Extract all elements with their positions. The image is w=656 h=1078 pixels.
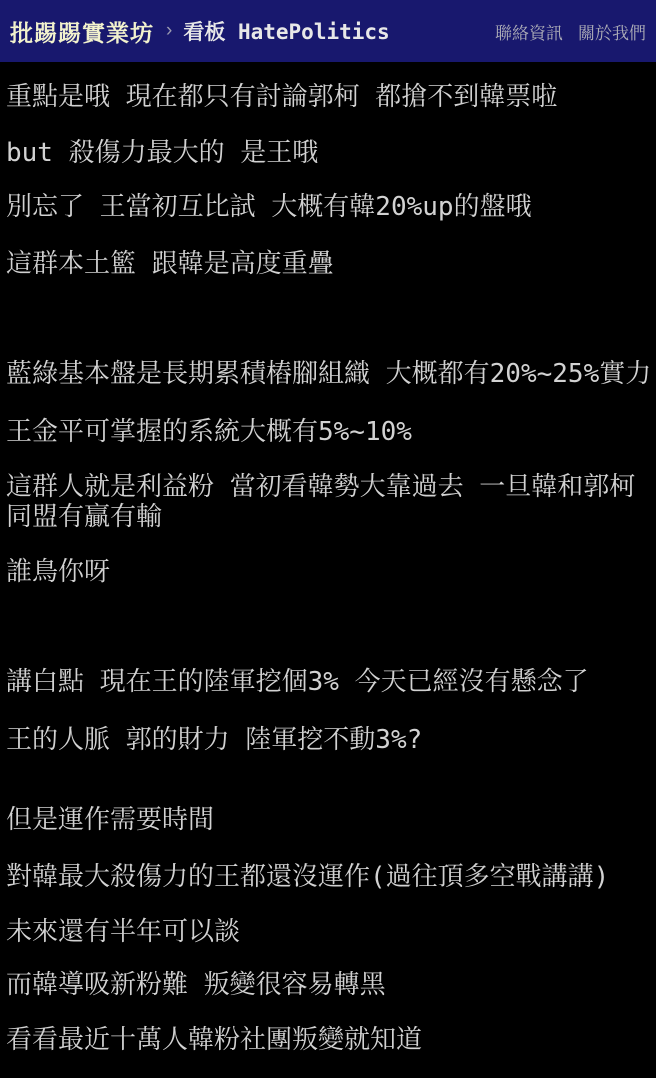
post-line: 誰鳥你呀 (6, 557, 110, 587)
post-line: 但是運作需要時間 (6, 805, 214, 835)
ptt-web-page: 批踢踢實業坊 › 看板 HatePolitics 聯絡資訊 關於我們 重點是哦 … (0, 0, 656, 1078)
post-line: 這群本土籃 跟韓是高度重疊 (6, 249, 334, 279)
breadcrumb-separator-icon: › (166, 20, 172, 42)
post-paragraph: 王的人脈 郭的財力 陸軍挖不動3%? (6, 725, 652, 755)
site-title-link[interactable]: 批踢踢實業坊 (10, 15, 154, 48)
post-line: 別忘了 王當初互比試 大概有韓20%up的盤哦 (6, 192, 532, 222)
post-paragraph: 王金平可掌握的系統大概有5%~10% (6, 417, 652, 447)
post-paragraph: 重點是哦 現在都只有討論郭柯 都搶不到韓票啦 (6, 82, 652, 112)
post-paragraph: but 殺傷力最大的 是王哦 (6, 138, 652, 168)
post-line: 未來還有半年可以談 (6, 917, 240, 947)
board-title-link[interactable]: 看板 HatePolitics (183, 16, 389, 46)
post-paragraph: 未來還有半年可以談 (6, 917, 652, 947)
post-paragraph: 誰鳥你呀 (6, 557, 652, 587)
post-paragraph: 別忘了 王當初互比試 大概有韓20%up的盤哦 (6, 192, 652, 222)
post-line: 這群人就是利益粉 當初看韓勢大靠過去 一旦韓和郭柯 (6, 472, 652, 502)
post-line: 同盟有贏有輸 (6, 502, 652, 532)
about-us-link[interactable]: 關於我們 (578, 19, 646, 44)
post-line: 王的人脈 郭的財力 陸軍挖不動3%? (6, 725, 422, 755)
post-line: 藍綠基本盤是長期累積樁腳組織 大概都有20%~25%實力 (6, 359, 651, 389)
post-line: 而韓導吸新粉難 叛變很容易轉黑 (6, 970, 386, 1000)
contact-info-link[interactable]: 聯絡資訊 (495, 19, 563, 44)
post-line: 看看最近十萬人韓粉社團叛變就知道 (6, 1025, 422, 1055)
post-paragraph: 講白點 現在王的陸軍挖個3% 今天已經沒有懸念了 (6, 667, 652, 697)
post-paragraph: 這群人就是利益粉 當初看韓勢大靠過去 一旦韓和郭柯 同盟有贏有輸 (6, 472, 652, 532)
post-paragraph: 對韓最大殺傷力的王都還沒運作(過往頂多空戰講講) (6, 862, 652, 892)
post-paragraph: 這群本土籃 跟韓是高度重疊 (6, 249, 652, 279)
post-content: 重點是哦 現在都只有討論郭柯 都搶不到韓票啦 but 殺傷力最大的 是王哦 別忘… (0, 62, 656, 1055)
post-paragraph: 但是運作需要時間 (6, 805, 652, 835)
post-line: 講白點 現在王的陸軍挖個3% 今天已經沒有懸念了 (6, 667, 589, 697)
post-paragraph: 藍綠基本盤是長期累積樁腳組織 大概都有20%~25%實力 (6, 359, 652, 389)
post-line: but 殺傷力最大的 是王哦 (6, 138, 318, 168)
post-line: 王金平可掌握的系統大概有5%~10% (6, 417, 412, 447)
post-line: 對韓最大殺傷力的王都還沒運作(過往頂多空戰講講) (6, 862, 609, 892)
top-bar: 批踢踢實業坊 › 看板 HatePolitics 聯絡資訊 關於我們 (0, 0, 656, 62)
post-line: 重點是哦 現在都只有討論郭柯 都搶不到韓票啦 (6, 82, 557, 112)
post-paragraph: 而韓導吸新粉難 叛變很容易轉黑 (6, 970, 652, 1000)
post-paragraph: 看看最近十萬人韓粉社團叛變就知道 (6, 1025, 652, 1055)
